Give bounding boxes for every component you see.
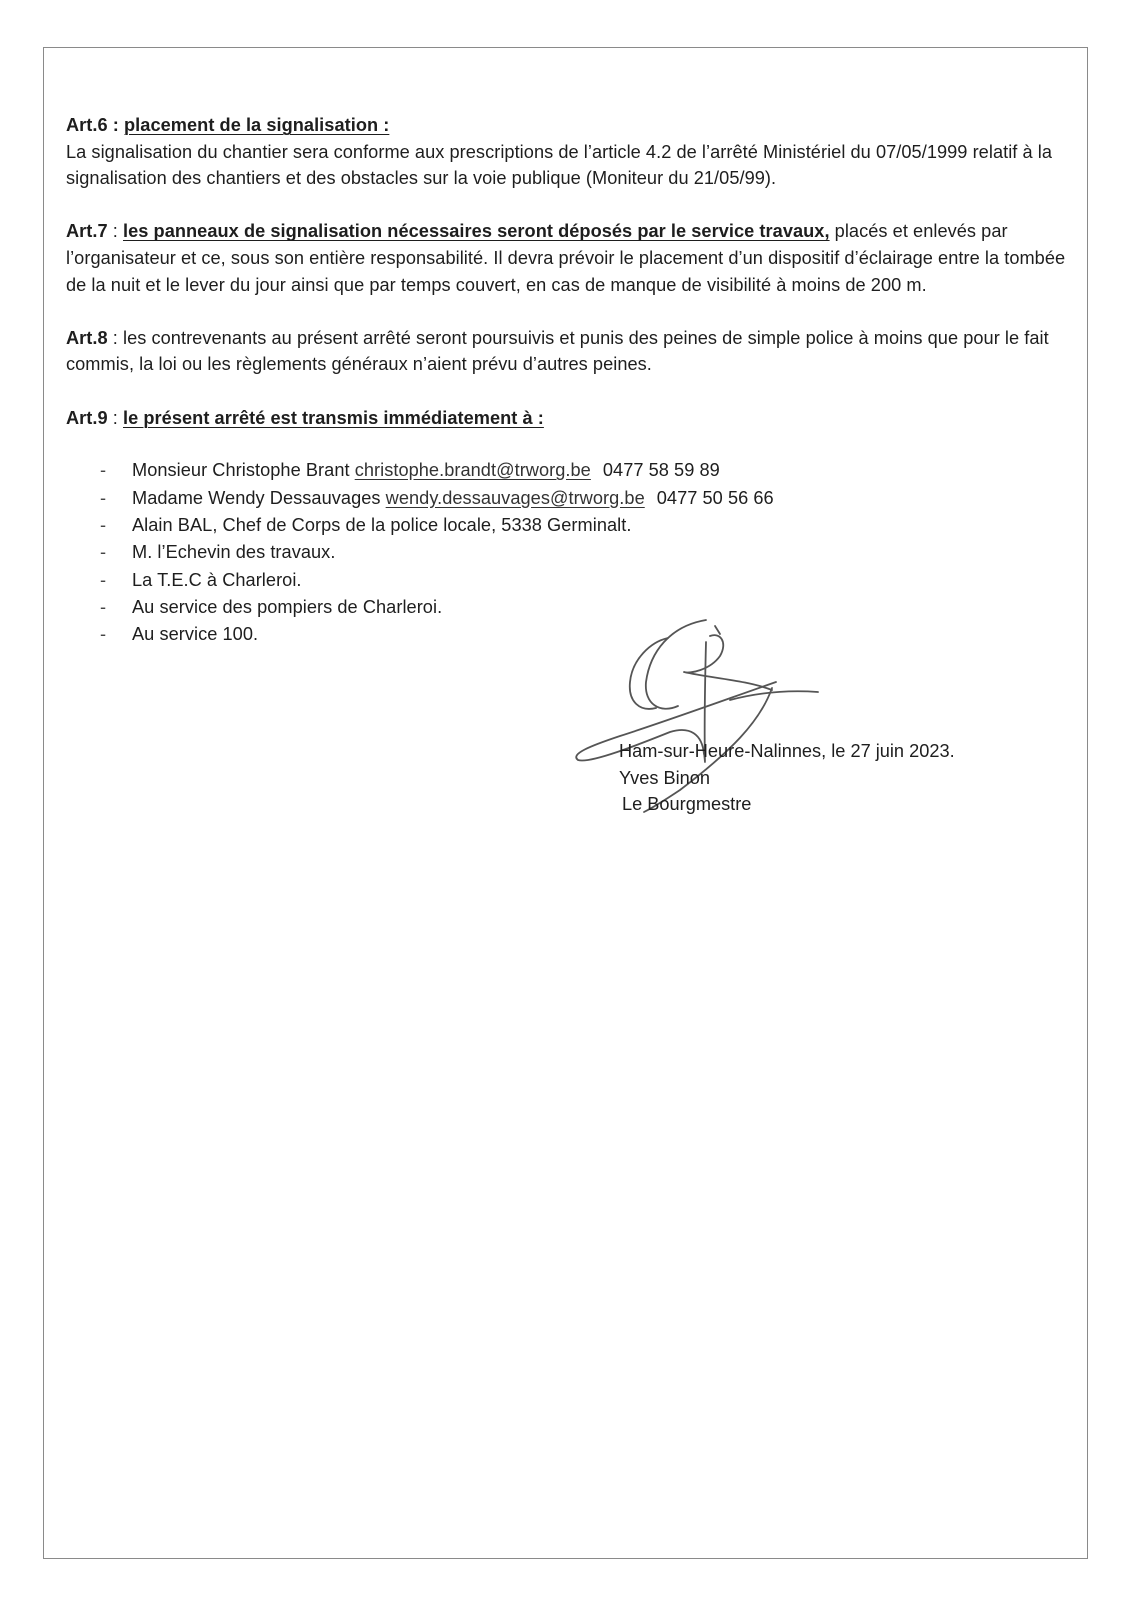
article-6-body: La signalisation du chantier sera confor… (66, 142, 1052, 189)
list-item: - M. l’Echevin des travaux. (66, 539, 1066, 566)
article-6-label: Art.6 (66, 115, 108, 135)
signer-title: Le Bourgmestre (619, 791, 955, 818)
article-8: Art.8 : les contrevenants au présent arr… (66, 325, 1066, 378)
list-item: - Au service des pompiers de Charleroi. (66, 594, 1066, 621)
phone-number: 0477 58 59 89 (603, 460, 720, 480)
article-8-body: les contrevenants au présent arrêté sero… (66, 328, 1049, 375)
article-9-label: Art.9 (66, 408, 108, 428)
list-item: - Madame Wendy Dessauvages wendy.dessauv… (66, 485, 1066, 512)
phone-number: 0477 50 56 66 (657, 488, 774, 508)
article-7-label: Art.7 (66, 221, 108, 241)
place-date: Ham-sur-Heure-Nalinnes, le 27 juin 2023. (619, 738, 955, 765)
email-link[interactable]: christophe.brandt@trworg.be (355, 460, 591, 480)
signer-name: Yves Binon (619, 765, 955, 792)
recipient-list: - Monsieur Christophe Brant christophe.b… (66, 457, 1066, 649)
email-link[interactable]: wendy.dessauvages@trworg.be (386, 488, 645, 508)
article-7: Art.7 : les panneaux de signalisation né… (66, 218, 1066, 298)
document-body: Art.6 : placement de la signalisation : … (66, 112, 1066, 649)
article-9-heading: le présent arrêté est transmis immédiate… (123, 408, 544, 428)
signature-block: Ham-sur-Heure-Nalinnes, le 27 juin 2023.… (619, 738, 955, 818)
article-8-label: Art.8 (66, 328, 108, 348)
article-7-heading: les panneaux de signalisation nécessaire… (123, 221, 830, 241)
list-item: - La T.E.C à Charleroi. (66, 567, 1066, 594)
list-item: - Au service 100. (66, 621, 1066, 648)
list-item: - Alain BAL, Chef de Corps de la police … (66, 512, 1066, 539)
list-item: - Monsieur Christophe Brant christophe.b… (66, 457, 1066, 484)
article-6-heading: placement de la signalisation : (124, 115, 389, 135)
article-6: Art.6 : placement de la signalisation : … (66, 112, 1066, 192)
article-9: Art.9 : le présent arrêté est transmis i… (66, 405, 1066, 432)
